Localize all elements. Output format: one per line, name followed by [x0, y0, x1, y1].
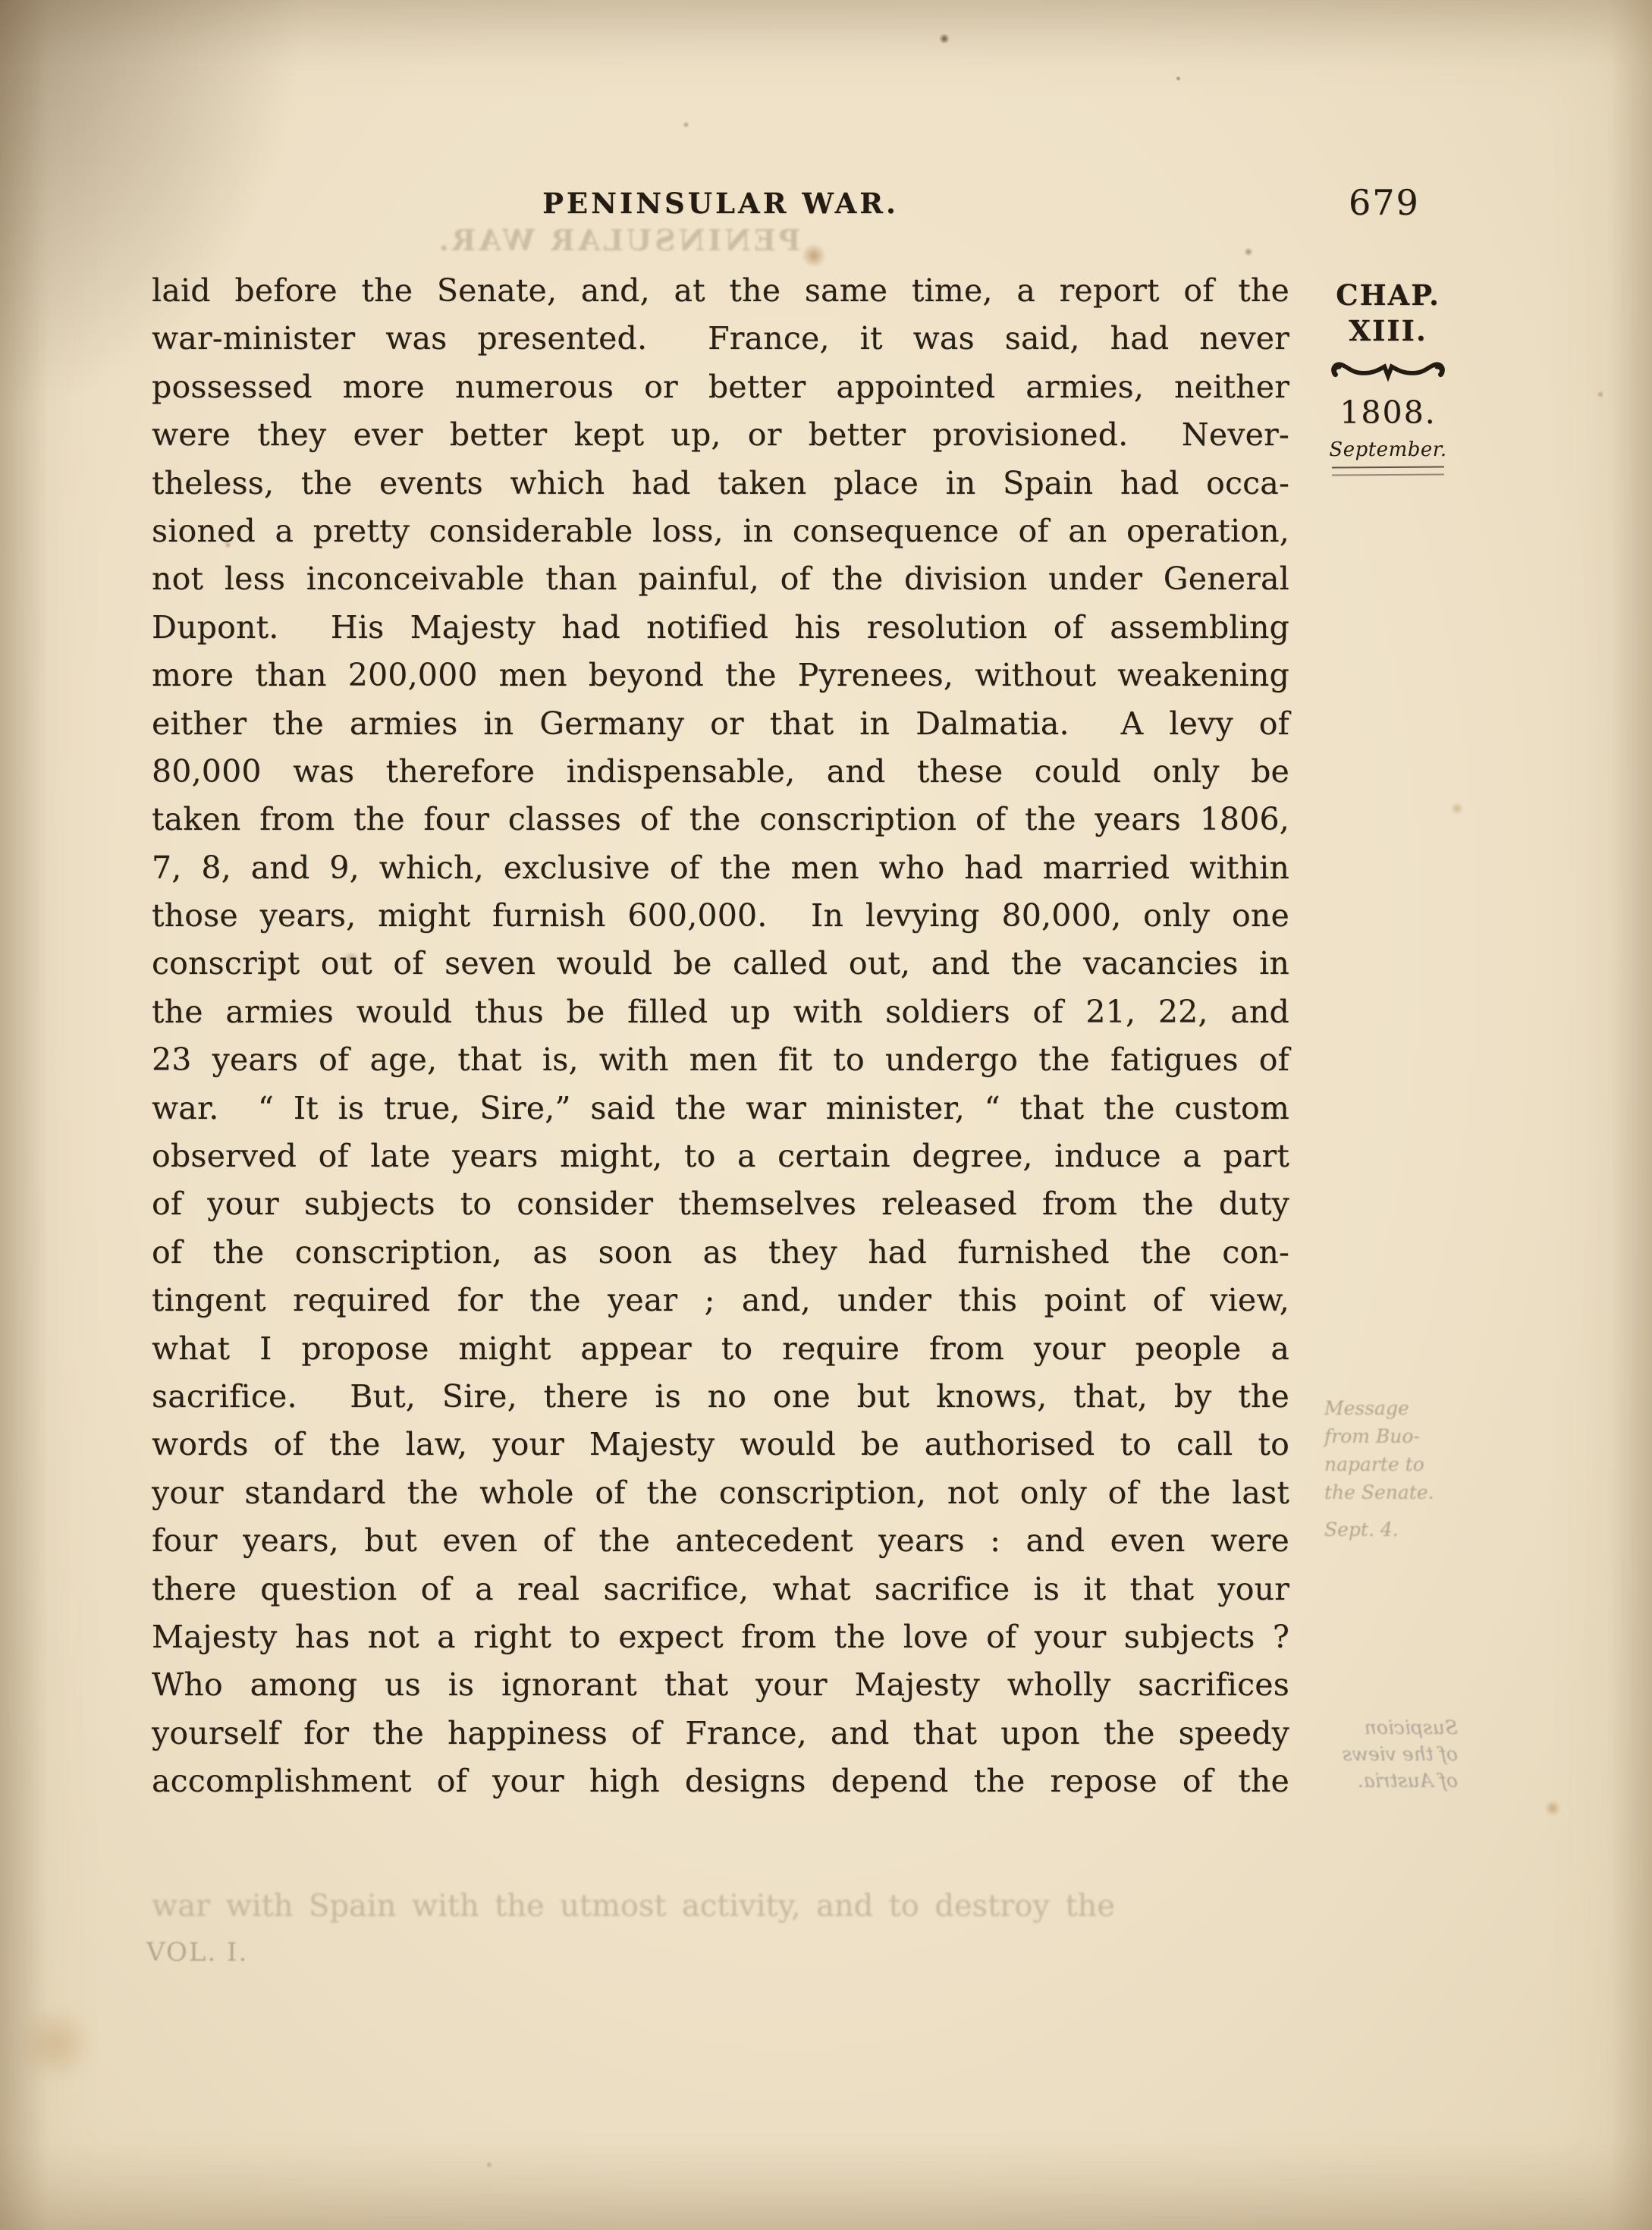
foxing-spot [485, 2162, 493, 2168]
text-line: observed of late years might, to a certa… [152, 1132, 1289, 1180]
text-line: your standard the whole of the conscript… [152, 1469, 1289, 1517]
text-line: of your subjects to consider themselves … [152, 1180, 1289, 1228]
foxing-spot [939, 33, 950, 44]
text-line: Dupont. His Majesty had notified his res… [152, 604, 1289, 652]
text-line: accomplishment of your high designs depe… [152, 1757, 1289, 1805]
page-number: 679 [1349, 182, 1420, 223]
foxing-spot [1544, 1801, 1561, 1816]
text-line: either the armies in Germany or that in … [152, 700, 1289, 748]
book-page: PENINSULAR WAR. PENINSULAR WAR. 679 laid… [0, 0, 1652, 2230]
text-line: 80,000 was therefore indispensable, and … [152, 748, 1289, 796]
text-line: war-minister was presented. France, it w… [152, 315, 1289, 363]
text-line: yourself for the happiness of France, an… [152, 1710, 1289, 1757]
text-line: what I propose might appear to require f… [152, 1325, 1289, 1373]
ghost-note-line: from Buo- [1324, 1422, 1461, 1450]
text-line: tingent required for the year ; and, und… [152, 1277, 1289, 1324]
month-underline [1332, 466, 1444, 476]
foxing-spot [683, 121, 689, 128]
volume-signature: VOL. I. [146, 1937, 248, 1968]
foxing-spot [1244, 247, 1253, 256]
text-line: theless, the events which had taken plac… [152, 460, 1289, 507]
text-line: the armies would thus be filled up with … [152, 988, 1289, 1036]
foxing-spot [1176, 76, 1181, 81]
ghost-margin-note-bleedthrough: Suspicion of the views of Austria. [1321, 1714, 1458, 1794]
text-line: possessed more numerous or better appoin… [152, 363, 1289, 411]
text-line: 7, 8, and 9, which, exclusive of the men… [152, 844, 1289, 892]
text-line: four years, but even of the antecedent y… [152, 1517, 1289, 1565]
ghost-bottom-line-bleedthrough: war with Spain with the utmost activity,… [152, 1889, 1115, 1924]
text-line: Who among us is ignorant that your Majes… [152, 1661, 1289, 1709]
text-line: of the conscription, as soon as they had… [152, 1229, 1289, 1277]
text-line: not less inconceivable than painful, of … [152, 555, 1289, 603]
margin-notes: CHAP. XIII. 1808. September. [1321, 278, 1455, 476]
text-line: taken from the four classes of the consc… [152, 796, 1289, 843]
ghost-margin-note-bleedthrough: Message from Buo- naparte to the Senate.… [1324, 1394, 1461, 1544]
text-line: those years, might furnish 600,000. In l… [152, 892, 1289, 940]
text-line: sioned a pretty considerable loss, in co… [152, 507, 1289, 555]
text-line: conscript out of seven would be called o… [152, 940, 1289, 988]
ghost-note-line: the Senate. [1324, 1478, 1461, 1506]
ghost-note-line: of Austria. [1321, 1767, 1458, 1794]
chapter-heading-line1: CHAP. [1321, 278, 1455, 313]
foxing-spot [1597, 391, 1604, 398]
text-line: words of the law, your Majesty would be … [152, 1421, 1289, 1468]
text-line: war. “ It is true, Sire,” said the war m… [152, 1085, 1289, 1132]
text-line: sacrifice. But, Sire, there is no one bu… [152, 1373, 1289, 1421]
ghost-header-bleedthrough: PENINSULAR WAR. [326, 223, 910, 257]
body-text: laid before the Senate, and, at the same… [152, 267, 1289, 1806]
ghost-note-line: Message [1324, 1394, 1461, 1422]
text-line: more than 200,000 men beyond the Pyrenee… [152, 652, 1289, 699]
text-line: Majesty has not a right to expect from t… [152, 1613, 1289, 1661]
text-line: laid before the Senate, and, at the same… [152, 267, 1289, 315]
ghost-note-line: Sept. 4. [1324, 1515, 1461, 1544]
chapter-ornament-brace [1330, 355, 1446, 388]
foxing-spot [14, 2010, 97, 2078]
margin-month: September. [1321, 438, 1455, 461]
foxing-spot [801, 244, 827, 267]
foxing-spot [1450, 802, 1464, 815]
text-line: there question of a real sacrifice, what… [152, 1566, 1289, 1613]
ghost-note-line: naparte to [1324, 1450, 1461, 1478]
text-line: were they ever better kept up, or better… [152, 411, 1289, 459]
ghost-note-line: of the views [1321, 1741, 1458, 1767]
chapter-heading-line2: XIII. [1321, 313, 1455, 349]
text-line: 23 years of age, that is, with men fit t… [152, 1036, 1289, 1084]
ghost-note-line: Suspicion [1321, 1714, 1458, 1741]
margin-year: 1808. [1321, 394, 1455, 431]
running-header: PENINSULAR WAR. [152, 187, 1289, 220]
